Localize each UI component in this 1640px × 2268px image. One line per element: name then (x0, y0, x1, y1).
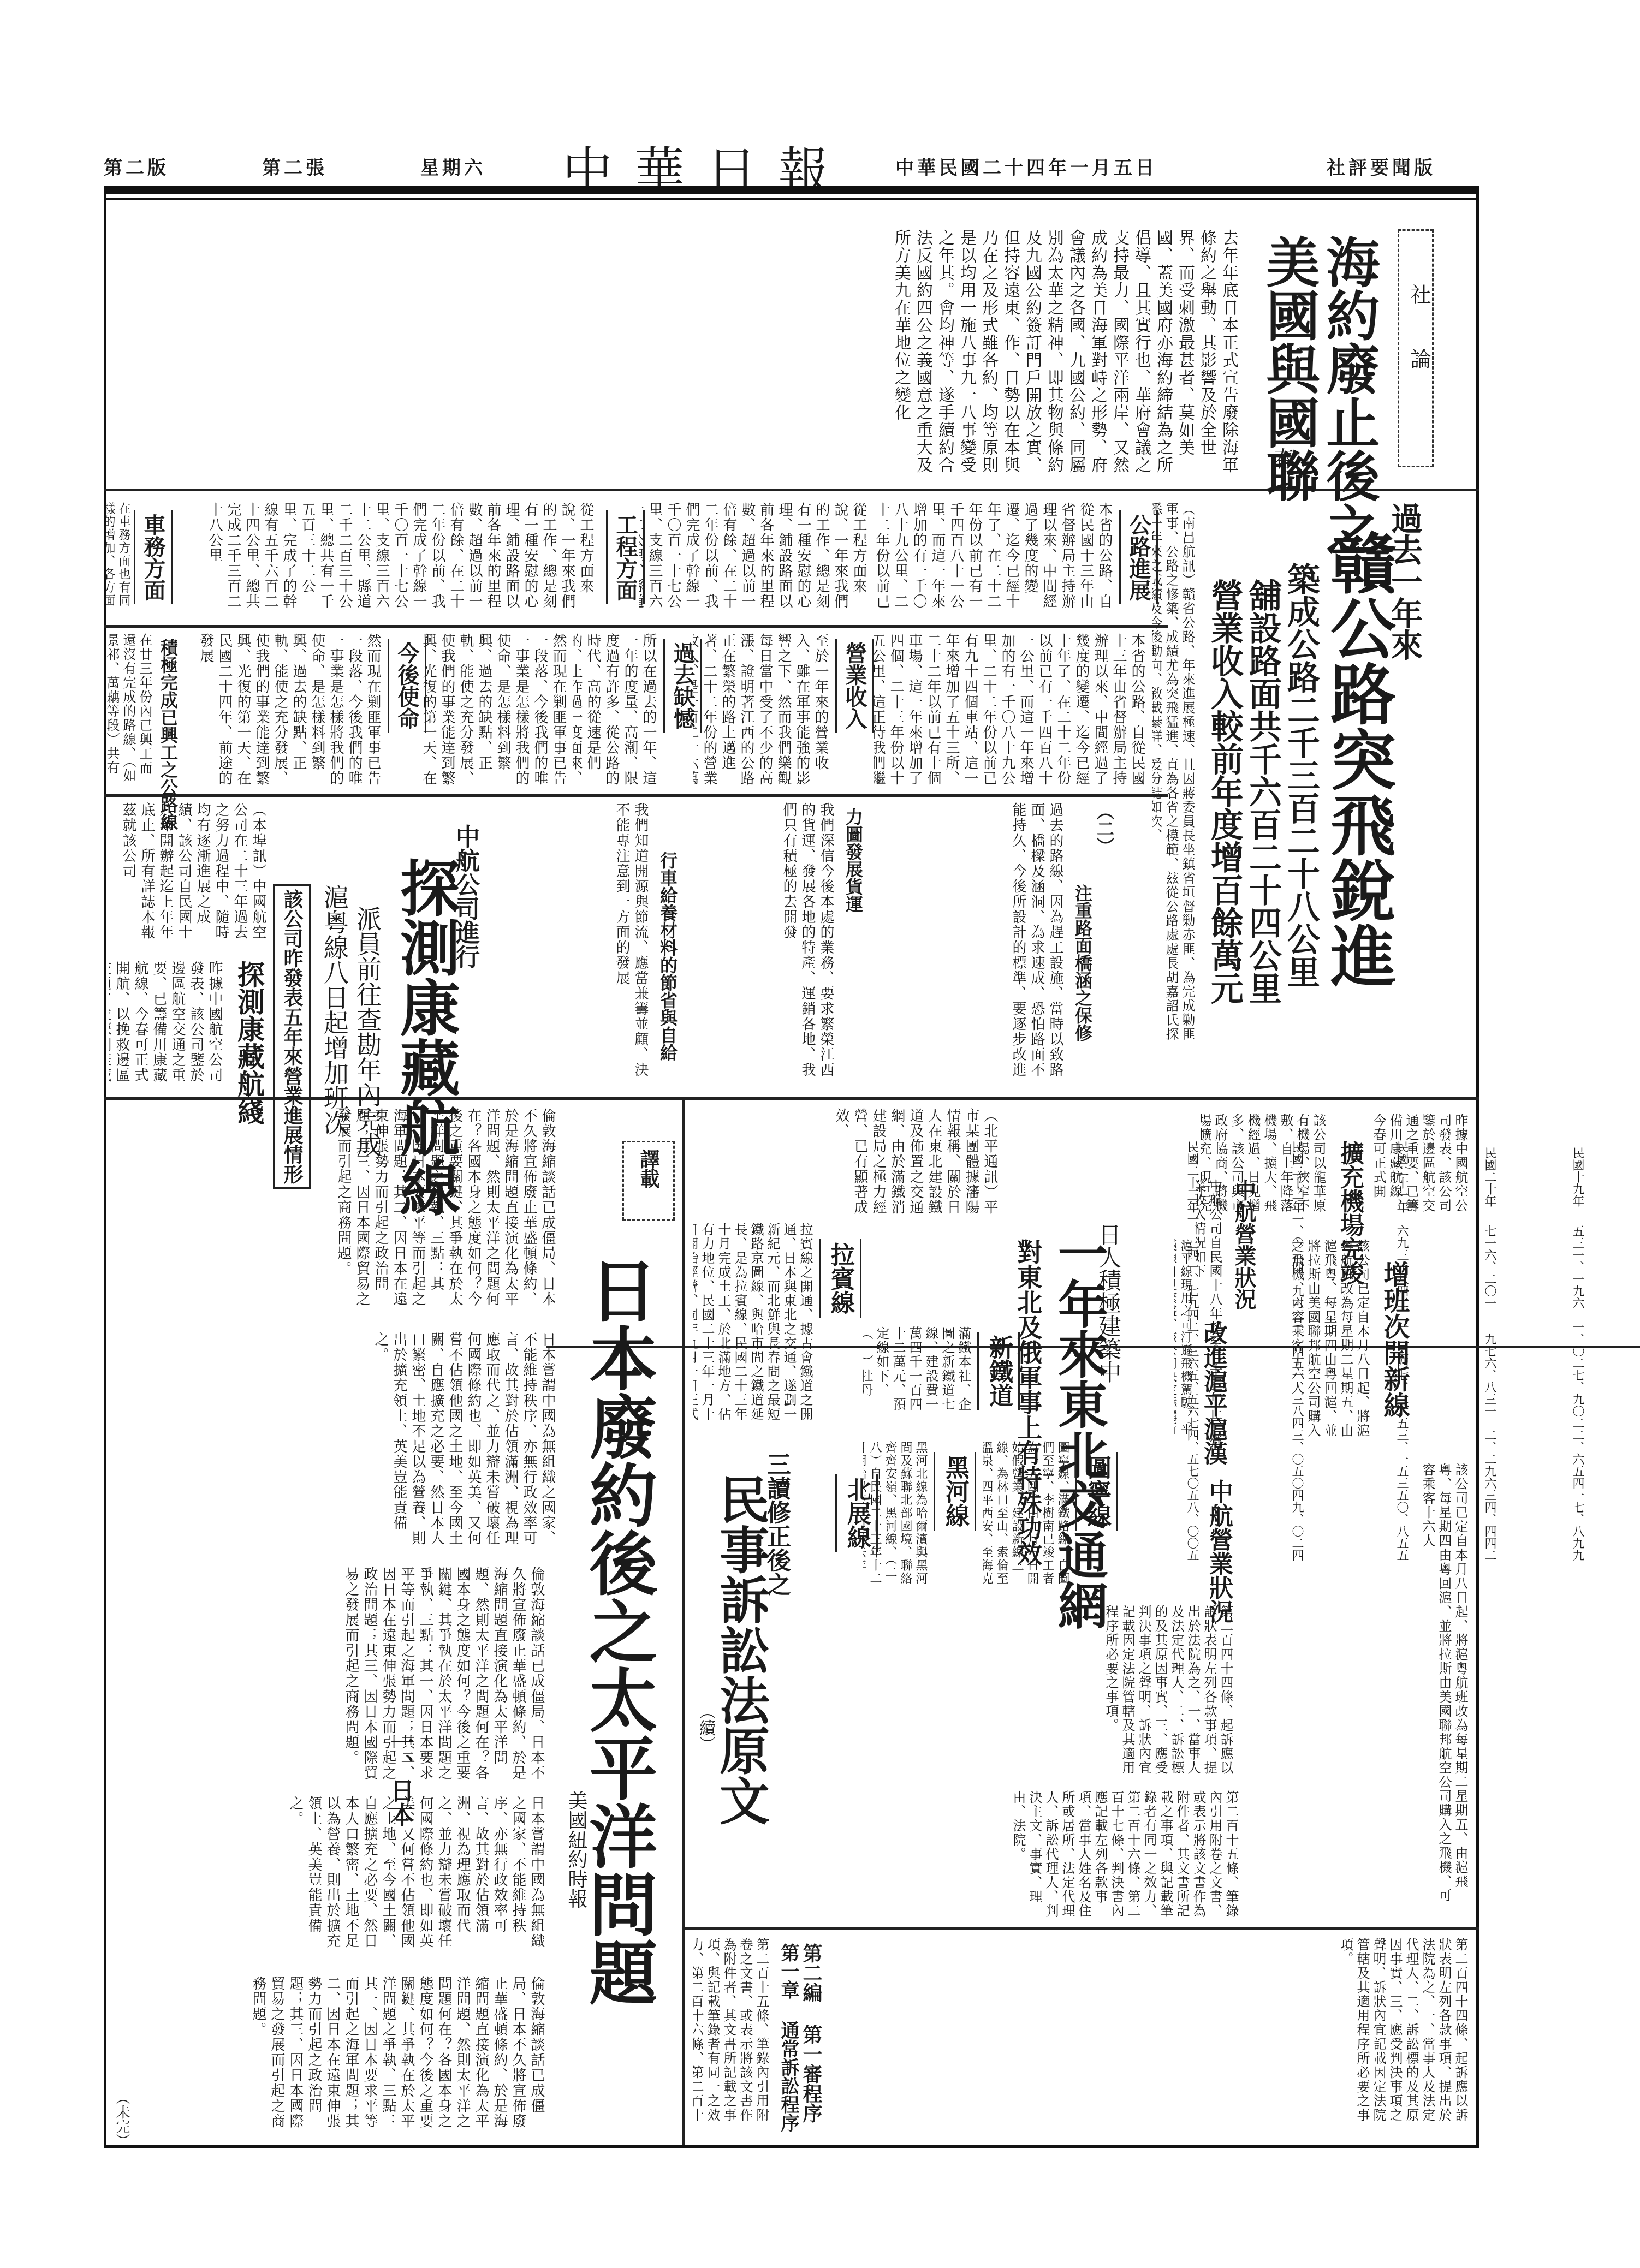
stats-cell: 一〇六、八七五 (1588, 1321, 1640, 1429)
masthead-rule (104, 186, 1479, 194)
ganroad-lede: （南昌航訊）贛省公路、年來進展極速、且因蔣委員長坐鎮省垣督勦赤匪、為完成勦匪軍事… (1152, 502, 1196, 1043)
line-text-tuning: 圖寧線、滿鐵路線、自圖們至寧、李樹南已竣工者為一五四、由九月一日開始假營業、建設… (983, 1441, 1070, 1594)
numbered-3-text: 我們深信今後本處的業務、要求繁榮江西的貨運、發展各地的特產、運銷各地、我們只有積… (693, 802, 835, 1086)
section-text-road-progress-cont: 本省的公路、自從民國十三年由省督辦局主持辦理以來、中間經過了幾度的變遷、迄今已經… (874, 633, 1146, 786)
section-head-revenue: 營業收入 (835, 639, 874, 733)
masthead: 第二版 第二張 星期六 中華日報 中華民國二十四年一月五日 社評要聞版 (104, 147, 1479, 186)
japan-pacific-body-3: 倫敦海縮談話已成僵局、日本不久將宣佈廢止華盛頓條約、於是海縮問題直接演化為太平洋… (109, 1567, 546, 1785)
civil-body-top: 第二百十五條、筆錄內引用附卷之文書、或表示將該文書作為附件者、其文書所記載之事項… (693, 1790, 1239, 1921)
stats-cell: 七一六、二〇一 (1412, 1213, 1500, 1321)
stats-cell: 一、〇二七、九〇二 (1500, 1321, 1588, 1429)
numbered-3-head: 力圖發展貨運 (841, 808, 866, 913)
section-text-past-regrets: 所以在過去的一年、這一年的度量、高潮、限度過有許多、從公路的時代、高的從速是們的… (573, 633, 658, 786)
stats-cell: 五八、〇〇五 (1097, 1489, 1202, 1561)
section-head-engineering: 工程方面 (606, 510, 645, 604)
numbered-2-num: （二） (1092, 802, 1117, 855)
civil-body-bottom: 第二百四十四條、起訴應以訴狀表明左列各款事項、提出於法院為之、一、當事人及法定代… (841, 1938, 1469, 2134)
to-be-continued: （未完） (112, 2091, 132, 2147)
stats-row-year-23: 民國二十三年 (1097, 1141, 1202, 1213)
cnac-lede: （本埠訊）中國航空公司在二十三年過去之努力過程中、隨時均有逐漸進展之成績、該公司… (109, 802, 268, 944)
section-text-mission-intro: 然而現在剿匪軍事已告一段落、今後我們的唯一事業是怎樣將我們的使命、是怎樣料到繁興… (420, 633, 568, 786)
japan-pacific-body-5: 倫敦海縮談話已成僵局、日本不久將宣佈廢止華盛頓條約、於是海縮問題直接演化為太平洋… (109, 1976, 546, 2134)
cnac-sub-airport-text: 該公司以龍華原有機場、狹窄不敷、自上年降落機場、擴大、飛機經過、日見增多、該公司… (1201, 1114, 1327, 1223)
civil-body-bottom-2: 第二百十五條、筆錄內引用附卷之文書、或表示將該文書作為附件者、其文書所記載之事項… (693, 1938, 770, 2134)
line-head-laban: 拉賓線 (819, 1239, 861, 1318)
stats-cell: 五三一、一九六 (1500, 1213, 1588, 1321)
divider (104, 794, 1168, 797)
section-text-engineering-cont: 從工程方面來說、一年來我們的工作、總是刻有一種安慰的心理、鋪設路面以前各年來的里… (639, 502, 868, 620)
civil-heading-chapter: 第一章 通常訴訟程序 (775, 1943, 802, 2132)
manchuria-lede: （北平通訊）平市某團體據瀋陽情報稱、關於日人在東北建設鐵道及佈置之交通網、由於滿… (693, 1108, 999, 1217)
column-rule (682, 1097, 685, 2145)
stats-cell: 二、六五四 (1500, 1429, 1588, 1489)
section-head-road-progress: 公路進展 (1119, 510, 1158, 604)
translated-label: 譯載 (634, 1149, 662, 1188)
editorial-body: 去年年底日本正式宣告廢除海軍條約之舉動、其影響及於全世界、而受刺激最甚者、莫如美… (126, 229, 1239, 475)
ganroad-deck-3: 營業收入較前年度增百餘萬元 (1201, 579, 1248, 1004)
section-text-revenue: 至於一年來的營業收入、雖在軍事能強的影響之下、然而我們樂觀每日當中受了不少的高漲… (693, 633, 830, 786)
section-text-road-progress: 本省的公路、自從民國十三年由省督辦局主持辦理以來、中間經過了幾度的變遷、迄今已經… (874, 502, 1114, 620)
cnac-sub-shanghai: 改進滬平滬漢 (1196, 1321, 1231, 1465)
stats-cell: 三九三 (1588, 1489, 1640, 1561)
editorial-label: 社論 (1404, 284, 1434, 413)
cnac-sub-new-routes-text: 該公司已定自本月八日起、將滬粵航班改為每星期二星期五、由滬飛粵、每星期四由粵回滬… (1212, 1239, 1370, 1446)
section-text-future-mission: 然而現在剿匪軍事已告一段落、今後我們的唯一事業是怎樣將我們的使命、是怎樣料到繁興… (197, 633, 382, 786)
cnac-sub-kangzang-text-2: 昨據中國航空公司發表、該公司鑒於邊區航空交通之重要、已籌備川康藏航線、今春可正式… (1370, 1114, 1469, 1223)
line-head-beizhan: 北展線 (835, 1474, 878, 1552)
stats-row-year-18: 民國十八年 (1588, 1141, 1640, 1213)
cnac-sub-shanghai-text: 滬平線現用之司汀遜飛機駕駛、平漢線日見繁盛、該公司決定添購新式飛機、以利旅行 (1174, 1239, 1193, 1446)
japan-pacific-body-2: 日本嘗謂中國為無組織之國家、不能維持秩序、亦無行政效率可言、故其對於佔領滿洲、視… (109, 1332, 557, 1550)
cnac-deck-2: 滬粵線八日起增加班次 (317, 884, 353, 1135)
cnac-sub-operations: 中航營業狀況 (1201, 1479, 1236, 1623)
sheet-number: 第二張 (262, 153, 328, 180)
section-head-traffic: 車務方面 (134, 510, 173, 604)
numbered-2-head: 注重路面橋涵之保修 (1070, 884, 1095, 1041)
cnac-sub-new-routes: 增班次開新線 (1376, 1261, 1413, 1418)
numbered-1-text: 在廿三年份內已興工而還沒有完成的路線、（如景祁、萬藕等段）共有一千零五十餘公里 (106, 633, 153, 786)
japan-pacific-body: 倫敦海縮談話已成僵局、日本不久將宣佈廢止華盛頓條約、於是海縮問題直接演化為太平洋… (109, 1108, 557, 1315)
japan-pacific-body-4: 日本嘗謂中國為無組織之國家、不能維持秩序、亦無行政效率可言、故其對於佔領滿洲、視… (109, 1796, 546, 1960)
civil-body-mid: 第二百四十四條、起訴應以訴狀表明左列各款事項、提出於法院為之、一、當事人及法定代… (857, 1605, 1234, 1785)
section-text-engineering: 從工程方面來說、一年來我們的工作、總是刻有一種安慰的心理、鋪設路面以前各年來的里… (164, 502, 595, 620)
line-text-new-railways: 滿鐵本社、企圖之新鐵道七線、建設費一萬四千一百四十二萬元、預定線如下、（一）牡丹… (863, 1326, 972, 1425)
numbered-2-text: 過去的路線、因為趕工設施、當時以致路面、橋樑及涵洞、為求速成、恐怕路面不能持久、… (868, 802, 1065, 1086)
civil-continued: （續） (693, 1703, 717, 1752)
numbered-4-head: 行車給養材料的節省與自給 (655, 852, 680, 1061)
cnac-continuation: 該公司已定自本月八日起、將滬粵航班改為每星期二星期五、由滬飛粵、每星期四由粵回滬… (1239, 1463, 1469, 1910)
japan-pacific-source: 美國紐約時報 (562, 1790, 590, 1908)
editorial-author: 春 (1267, 448, 1298, 469)
stats-cell: 九七六、八三一 (1412, 1321, 1500, 1429)
stats-cell: 一七、八九九 (1500, 1489, 1588, 1561)
stats-cell: 九三、一六七 (1588, 1213, 1640, 1321)
section-name: 社評要聞版 (1327, 153, 1436, 180)
line-head-heihe: 黑河線 (934, 1452, 976, 1531)
cnac-sub-kangzang: 探測康藏航綫 (229, 961, 269, 1124)
line-head-new-railways: 新鐵道 (977, 1332, 1020, 1410)
civil-headline: 民事訴訟法原文 (704, 1474, 776, 1825)
stats-cell: 三五四 (1588, 1429, 1640, 1489)
divider (682, 1927, 1479, 1930)
line-text-laban: 拉賓線之開通、據古會鐵道之開通、日本與東北之交通、遂劃一新紀元、而北鮮與長春間之… (693, 1223, 813, 1430)
numbered-4-text: 我們知道開源與節流、應當兼籌並顧、決不能專注意到一方面的發展 (546, 802, 650, 1086)
weekday: 星期六 (420, 153, 486, 180)
section-head-future-mission: 今後使命 (388, 639, 426, 733)
cnac-sub-kangzang-text: 昨據中國航空公司發表、該公司鑒於邊區航空交通之重要、已籌備川康藏航線、今春可正式… (109, 961, 224, 1092)
issue-date: 中華民國二十四年一月五日 (895, 153, 1157, 180)
divider (104, 625, 1168, 628)
section-head-past-regrets: 過去缺憾 (663, 639, 702, 733)
section-text-traffic: 在車務方面也有同樣的增加、各方面數字的情形、給我們以一種滿足、在二十二年份以前營… (106, 502, 131, 620)
page-number: 第二版 (104, 153, 169, 180)
stats-row-year-19: 民國十九年 (1500, 1141, 1588, 1213)
